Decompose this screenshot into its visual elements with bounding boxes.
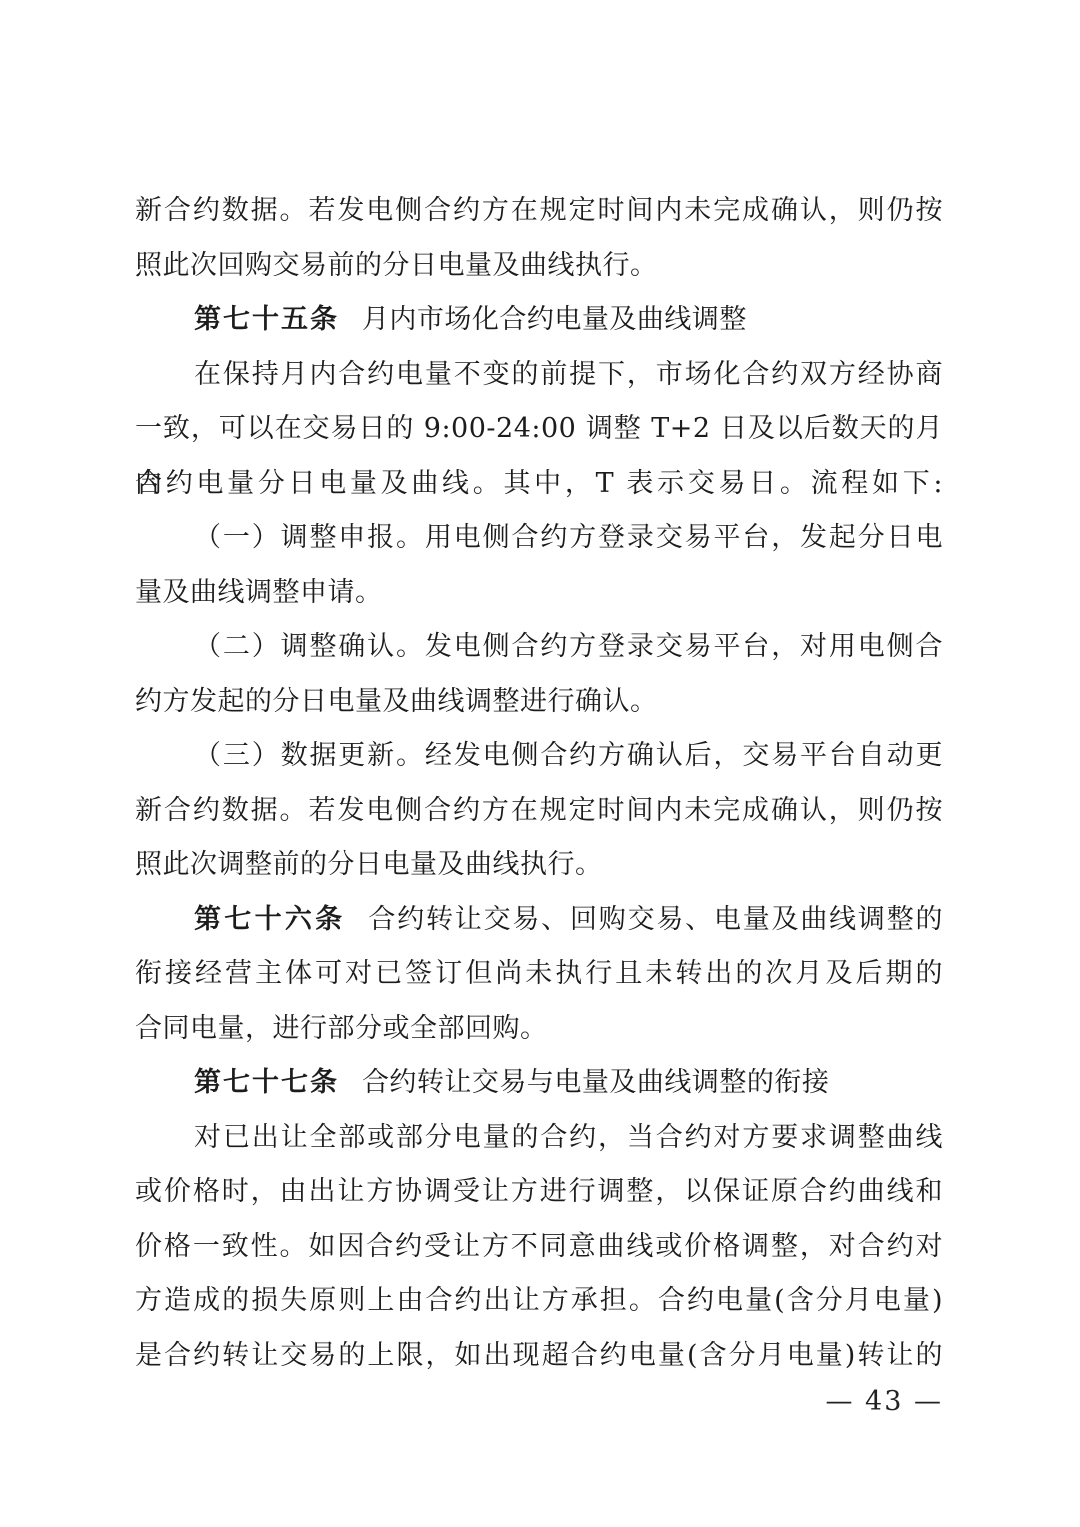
doc-line: 对已出让全部或部分电量的合约，当合约对方要求调整曲线 bbox=[135, 1111, 943, 1166]
doc-line: 方造成的损失原则上由合约出让方承担。合约电量(含分月电量) bbox=[135, 1274, 943, 1329]
doc-line: 价格一致性。如因合约受让方不同意曲线或价格调整，对合约对 bbox=[135, 1220, 943, 1275]
line-text: （三）数据更新。经发电侧合约方确认后，交易平台自动更 bbox=[194, 740, 943, 771]
line-text: 月内市场化合约电量及曲线调整 bbox=[362, 304, 747, 335]
line-text: 新合约数据。若发电侧合约方在规定时间内未完成确认，则仍按 bbox=[135, 195, 943, 226]
doc-line: （一）调整申报。用电侧合约方登录交易平台，发起分日电 bbox=[135, 511, 943, 566]
doc-line: 一致，可以在交易日的 9:00-24:00 调整 T+2 日及以后数天的月内 bbox=[135, 402, 943, 457]
doc-line: 衔接经营主体可对已签订但尚未执行且未转出的次月及后期的 bbox=[135, 947, 943, 1002]
line-text: 或价格时，由出让方协调受让方进行调整，以保证原合约曲线和 bbox=[135, 1176, 943, 1207]
doc-line: 照此次回购交易前的分日电量及曲线执行。 bbox=[135, 239, 943, 294]
line-text: 新合约数据。若发电侧合约方在规定时间内未完成确认，则仍按 bbox=[135, 795, 943, 826]
document-body: 新合约数据。若发电侧合约方在规定时间内未完成确认，则仍按照此次回购交易前的分日电… bbox=[135, 184, 943, 1383]
doc-line: 约方发起的分日电量及曲线调整进行确认。 bbox=[135, 675, 943, 730]
doc-line: 量及曲线调整申请。 bbox=[135, 566, 943, 621]
doc-line: （二）调整确认。发电侧合约方登录交易平台，对用电侧合 bbox=[135, 620, 943, 675]
line-text: 合约转让交易与电量及曲线调整的衔接 bbox=[362, 1067, 830, 1098]
line-text: 约方发起的分日电量及曲线调整进行确认。 bbox=[135, 686, 658, 717]
line-text: 合约转让交易、回购交易、电量及曲线调整的 bbox=[368, 904, 943, 935]
page-number: — 43 — bbox=[135, 1382, 943, 1422]
line-text: （一）调整申报。用电侧合约方登录交易平台，发起分日电 bbox=[194, 522, 943, 553]
doc-line: 新合约数据。若发电侧合约方在规定时间内未完成确认，则仍按 bbox=[135, 184, 943, 239]
line-text: 是合约转让交易的上限，如出现超合约电量(含分月电量)转让的 bbox=[135, 1340, 943, 1371]
doc-line: 第七十五条月内市场化合约电量及曲线调整 bbox=[135, 293, 943, 348]
doc-line: 第七十七条合约转让交易与电量及曲线调整的衔接 bbox=[135, 1056, 943, 1111]
doc-line: 照此次调整前的分日电量及曲线执行。 bbox=[135, 838, 943, 893]
line-text: 量及曲线调整申请。 bbox=[135, 577, 383, 608]
doc-line: 或价格时，由出让方协调受让方进行调整，以保证原合约曲线和 bbox=[135, 1165, 943, 1220]
line-text: 合约电量分日电量及曲线。其中，T 表示交易日。流程如下: bbox=[135, 468, 943, 499]
document-page: 新合约数据。若发电侧合约方在规定时间内未完成确认，则仍按照此次回购交易前的分日电… bbox=[0, 0, 1080, 1527]
line-text: 对已出让全部或部分电量的合约，当合约对方要求调整曲线 bbox=[194, 1122, 943, 1153]
line-text: 照此次回购交易前的分日电量及曲线执行。 bbox=[135, 250, 658, 281]
article-number: 第七十六条 bbox=[194, 904, 345, 935]
doc-line: 合约电量分日电量及曲线。其中，T 表示交易日。流程如下: bbox=[135, 457, 943, 512]
doc-line: 在保持月内合约电量不变的前提下，市场化合约双方经协商 bbox=[135, 348, 943, 403]
article-number: 第七十五条 bbox=[194, 304, 339, 335]
line-text: 衔接经营主体可对已签订但尚未执行且未转出的次月及后期的 bbox=[135, 958, 943, 989]
line-text: 合同电量，进行部分或全部回购。 bbox=[135, 1013, 548, 1044]
line-text: 在保持月内合约电量不变的前提下，市场化合约双方经协商 bbox=[194, 359, 943, 390]
article-number: 第七十七条 bbox=[194, 1067, 339, 1098]
doc-line: 合同电量，进行部分或全部回购。 bbox=[135, 1002, 943, 1057]
doc-line: 是合约转让交易的上限，如出现超合约电量(含分月电量)转让的 bbox=[135, 1329, 943, 1384]
line-text: 方造成的损失原则上由合约出让方承担。合约电量(含分月电量) bbox=[135, 1285, 943, 1316]
doc-line: 第七十六条合约转让交易、回购交易、电量及曲线调整的 bbox=[135, 893, 943, 948]
line-text: 照此次调整前的分日电量及曲线执行。 bbox=[135, 849, 603, 880]
doc-line: 新合约数据。若发电侧合约方在规定时间内未完成确认，则仍按 bbox=[135, 784, 943, 839]
doc-line: （三）数据更新。经发电侧合约方确认后，交易平台自动更 bbox=[135, 729, 943, 784]
line-text: （二）调整确认。发电侧合约方登录交易平台，对用电侧合 bbox=[194, 631, 943, 662]
line-text: 价格一致性。如因合约受让方不同意曲线或价格调整，对合约对 bbox=[135, 1231, 943, 1262]
